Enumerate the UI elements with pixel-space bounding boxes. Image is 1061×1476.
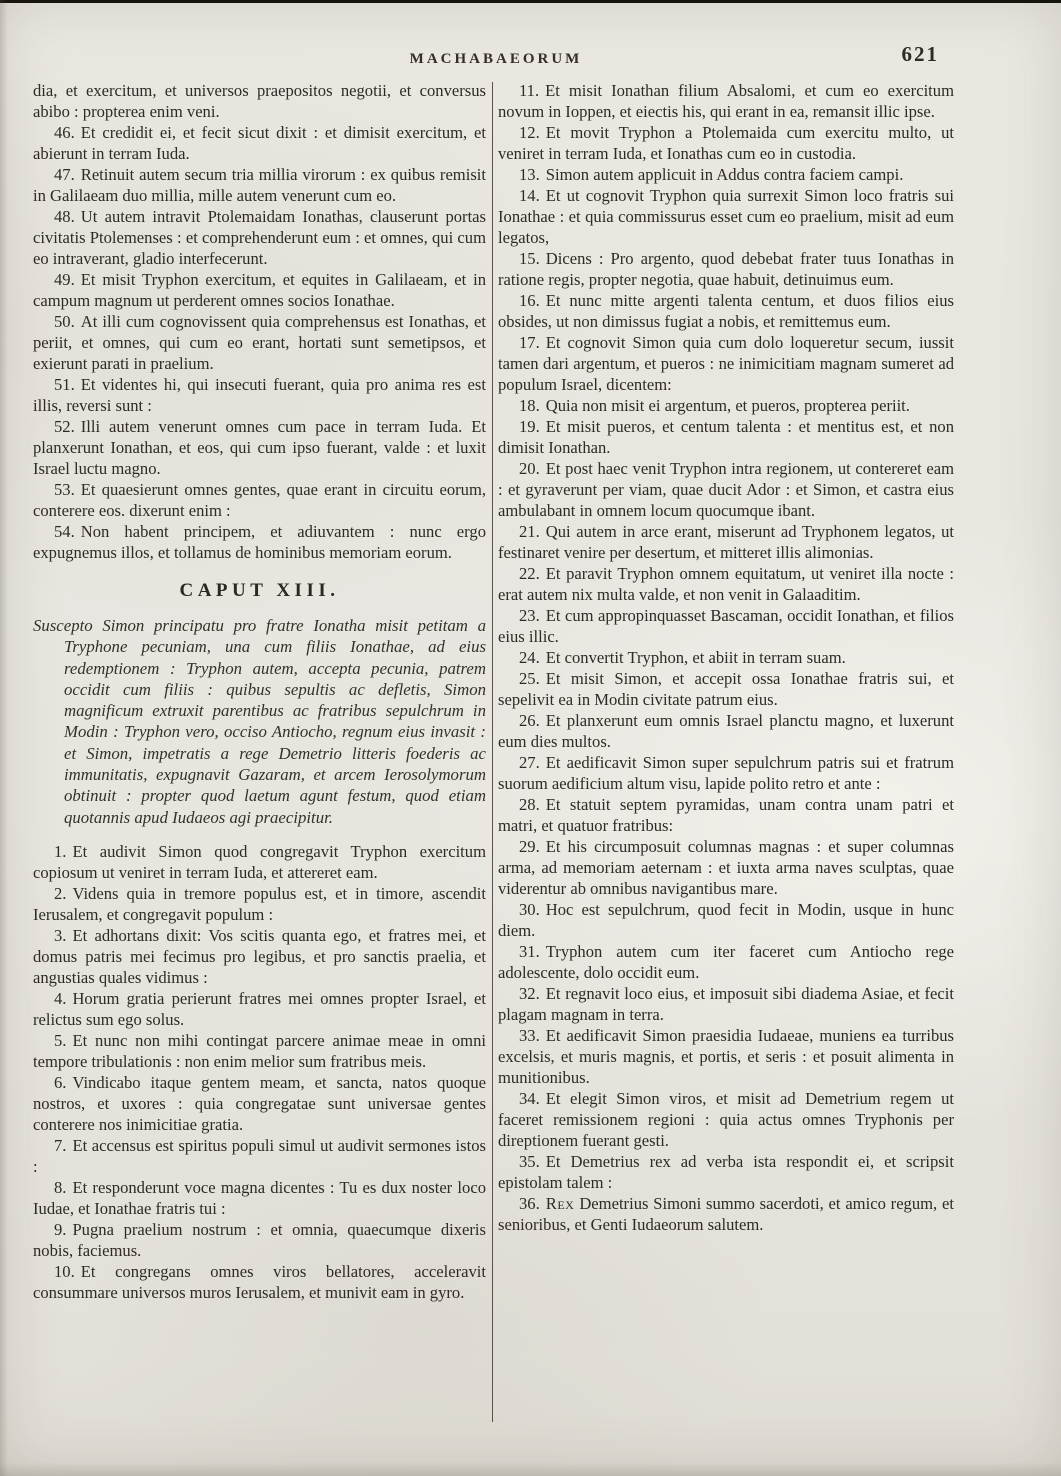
verse-paragraph: 29.Et his circumposuit columnas magnas :… — [498, 836, 954, 899]
verse-text: Videns quia in tremore populus est, et i… — [33, 884, 486, 924]
scan-top-edge — [0, 0, 1061, 3]
verse-text: Quia non misit ei argentum, et pueros, p… — [546, 396, 910, 415]
verse-text: Simon autem applicuit in Addus contra fa… — [546, 165, 904, 184]
verse-paragraph: 25.Et misit Simon, et accepit ossa Ionat… — [498, 668, 954, 710]
verse-number: 14. — [519, 186, 540, 205]
verse-number: 4. — [54, 989, 66, 1008]
verse-text: Retinuit autem secum tria millia virorum… — [33, 165, 486, 205]
verse-text: At illi cum cognovissent quia comprehens… — [33, 312, 486, 373]
column-divider-rule — [492, 82, 493, 1422]
verse-text: Vindicabo itaque gentem meam, et sancta,… — [33, 1073, 486, 1134]
verse-text: Et regnavit loco eius, et imposuit sibi … — [498, 984, 954, 1024]
verse-number: 36. — [519, 1194, 540, 1213]
verse-text: Et ut cognovit Tryphon quia surrexit Sim… — [498, 186, 954, 247]
verse-paragraph: 12.Et movit Tryphon a Ptolemaida cum exe… — [498, 122, 954, 164]
verse-number: 46. — [54, 123, 75, 142]
verse-paragraph: 34.Et elegit Simon viros, et misit ad De… — [498, 1088, 954, 1151]
verse-text: Et nunc non mihi contingat parcere anima… — [33, 1031, 486, 1071]
running-head-title: MACHABAEORUM — [33, 51, 959, 68]
verse-paragraph: 3.Et adhortans dixit: Vos scitis quanta … — [33, 925, 486, 988]
verse-number: 30. — [519, 900, 540, 919]
verse-paragraph: 17.Et cognovit Simon quia cum dolo loque… — [498, 332, 954, 395]
verse-paragraph: 20.Et post haec venit Tryphon intra regi… — [498, 458, 954, 521]
scan-left-shade — [0, 0, 8, 1476]
verse-text: Et misit pueros, et centum talenta : et … — [498, 417, 954, 457]
verse-text: Illi autem venerunt omnes cum pace in te… — [33, 417, 486, 478]
verse-number: 54. — [54, 522, 75, 541]
verse-paragraph: 49.Et misit Tryphon exercitum, et equite… — [33, 269, 486, 311]
verse-number: 53. — [54, 480, 75, 499]
verse-text: Et responderunt voce magna dicentes : Tu… — [33, 1178, 486, 1218]
verse-number: 12. — [519, 123, 540, 142]
verse-text: Dicens : Pro argento, quod debebat frate… — [498, 249, 954, 289]
verse-number: 10. — [54, 1262, 75, 1281]
verse-paragraph: 14.Et ut cognovit Tryphon quia surrexit … — [498, 185, 954, 248]
verse-text: Et misit Tryphon exercitum, et equites i… — [33, 270, 486, 310]
verse-text: Et congregans omnes viros bellatores, ac… — [33, 1262, 486, 1302]
verse-number: 3. — [54, 926, 66, 945]
verse-number: 32. — [519, 984, 540, 1003]
verse-number: 13. — [519, 165, 540, 184]
left-column: dia, et exercitum, et universos praeposi… — [33, 80, 486, 1303]
verse-paragraph: 19.Et misit pueros, et centum talenta : … — [498, 416, 954, 458]
verse-number: 9. — [54, 1220, 66, 1239]
verse-number: 34. — [519, 1089, 540, 1108]
verse-text: Et credidit ei, et fecit sicut dixit : e… — [33, 123, 486, 163]
verse-paragraph: 50.At illi cum cognovissent quia compreh… — [33, 311, 486, 374]
verse-paragraph: 46.Et credidit ei, et fecit sicut dixit … — [33, 122, 486, 164]
verse-number: 28. — [519, 795, 540, 814]
verse-number: 23. — [519, 606, 540, 625]
verse-number: 2. — [54, 884, 66, 903]
verse-text: Et quaesierunt omnes gentes, quae erant … — [33, 480, 486, 520]
verse-paragraph: 51.Et videntes hi, qui insecuti fuerant,… — [33, 374, 486, 416]
verse-text: Et audivit Simon quod congregavit Trypho… — [33, 842, 486, 882]
verse-paragraph: 21.Qui autem in arce erant, miserunt ad … — [498, 521, 954, 563]
verse-number: 6. — [54, 1073, 66, 1092]
verse-text: Et paravit Tryphon omnem equitatum, ut v… — [498, 564, 954, 604]
verse-paragraph: 10.Et congregans omnes viros bellatores,… — [33, 1261, 486, 1303]
verse-text: Et accensus est spiritus populi simul ut… — [33, 1136, 486, 1176]
verse-paragraph: 47.Retinuit autem secum tria millia viro… — [33, 164, 486, 206]
verse-text: Hoc est sepulchrum, quod fecit in Modin,… — [498, 900, 954, 940]
verse-paragraph: 15.Dicens : Pro argento, quod debebat fr… — [498, 248, 954, 290]
verse-paragraph: 16.Et nunc mitte argenti talenta centum,… — [498, 290, 954, 332]
chapter-heading: CAPUT XIII. — [33, 580, 486, 602]
verse-paragraph: 2.Videns quia in tremore populus est, et… — [33, 883, 486, 925]
verse-text: Et misit Simon, et accepit ossa Ionathae… — [498, 669, 954, 709]
verse-text: Et convertit Tryphon, et abiit in terram… — [546, 648, 846, 667]
verse-number: 7. — [54, 1136, 66, 1155]
text-columns: dia, et exercitum, et universos praeposi… — [33, 80, 959, 1422]
verse-number: 19. — [519, 417, 540, 436]
verse-number: 49. — [54, 270, 75, 289]
verse-number: 31. — [519, 942, 540, 961]
verse-number: 27. — [519, 753, 540, 772]
verse-text: Et aedificavit Simon praesidia Iudaeae, … — [498, 1026, 954, 1087]
verse-number: 24. — [519, 648, 540, 667]
verse-paragraph: 1.Et audivit Simon quod congregavit Tryp… — [33, 841, 486, 883]
verse-number: 11. — [519, 81, 539, 100]
verse-paragraph: 28.Et statuit septem pyramidas, unam con… — [498, 794, 954, 836]
verse-text: Qui autem in arce erant, miserunt ad Try… — [498, 522, 954, 562]
verse-paragraph: 13.Simon autem applicuit in Addus contra… — [498, 164, 954, 185]
verse-paragraph: 30.Hoc est sepulchrum, quod fecit in Mod… — [498, 899, 954, 941]
verse-paragraph: 5.Et nunc non mihi contingat parcere ani… — [33, 1030, 486, 1072]
verse-number: 21. — [519, 522, 540, 541]
verse-paragraph: 32.Et regnavit loco eius, et imposuit si… — [498, 983, 954, 1025]
verse-text: Et his circumposuit columnas magnas : et… — [498, 837, 954, 898]
verse-paragraph: 6.Vindicabo itaque gentem meam, et sanct… — [33, 1072, 486, 1135]
verse-number: 26. — [519, 711, 540, 730]
continuation-paragraph: dia, et exercitum, et universos praeposi… — [33, 80, 486, 122]
verse-number: 18. — [519, 396, 540, 415]
verse-number: 52. — [54, 417, 75, 436]
verse-text: Et adhortans dixit: Vos scitis quanta eg… — [33, 926, 486, 987]
verse-text: Et movit Tryphon a Ptolemaida cum exerci… — [498, 123, 954, 163]
verse-number: 15. — [519, 249, 540, 268]
verse-paragraph: 53.Et quaesierunt omnes gentes, quae era… — [33, 479, 486, 521]
scan-bottom-shade — [0, 1462, 1061, 1476]
verse-paragraph: 8.Et responderunt voce magna dicentes : … — [33, 1177, 486, 1219]
verse-number: 1. — [54, 842, 66, 861]
verse-paragraph: 31.Tryphon autem cum iter faceret cum An… — [498, 941, 954, 983]
verse-text: Et elegit Simon viros, et misit ad Demet… — [498, 1089, 954, 1150]
verse-paragraph: 9.Pugna praelium nostrum : et omnia, qua… — [33, 1219, 486, 1261]
verse-text: Pugna praelium nostrum : et omnia, quaec… — [33, 1220, 486, 1260]
verse-paragraph: 26.Et planxerunt eum omnis Israel planct… — [498, 710, 954, 752]
verse-number: 8. — [54, 1178, 66, 1197]
verses-11-36: 11.Et misit Ionathan filium Absalomi, et… — [498, 80, 954, 1235]
verse-paragraph: 7.Et accensus est spiritus populi simul … — [33, 1135, 486, 1177]
verse-number: 47. — [54, 165, 75, 184]
verse-paragraph: 27.Et aedificavit Simon super sepulchrum… — [498, 752, 954, 794]
running-head: MACHABAEORUM 621 — [33, 42, 959, 78]
verse-text: Non habent principem, et adiuvantem : nu… — [33, 522, 486, 562]
verse-number: 20. — [519, 459, 540, 478]
verse-paragraph: 33.Et aedificavit Simon praesidia Iudaea… — [498, 1025, 954, 1088]
verse-number: 25. — [519, 669, 540, 688]
verse-paragraph: 4.Horum gratia perierunt fratres mei omn… — [33, 988, 486, 1030]
verse-text: Et statuit septem pyramidas, unam contra… — [498, 795, 954, 835]
verse-paragraph: 24.Et convertit Tryphon, et abiit in ter… — [498, 647, 954, 668]
verse-paragraph: 23.Et cum appropinquasset Bascaman, occi… — [498, 605, 954, 647]
verse-paragraph: 18.Quia non misit ei argentum, et pueros… — [498, 395, 954, 416]
verse-paragraph: 48.Ut autem intravit Ptolemaidam Ionatha… — [33, 206, 486, 269]
verse-text: Tryphon autem cum iter faceret cum Antio… — [498, 942, 954, 982]
verse-number: 22. — [519, 564, 540, 583]
verse-text: Et Demetrius rex ad verba ista respondit… — [498, 1152, 954, 1192]
verse-number: 50. — [54, 312, 75, 331]
chapter-argument: Suscepto Simon principatu pro fratre Ion… — [33, 615, 486, 828]
verse-number: 16. — [519, 291, 540, 310]
book-page: MACHABAEORUM 621 dia, et exercitum, et u… — [0, 0, 1061, 1476]
verse-text: Et misit Ionathan filium Absalomi, et cu… — [498, 81, 954, 121]
verse-text: Et aedificavit Simon super sepulchrum pa… — [498, 753, 954, 793]
verse-paragraph: 36.RexDemetrius Simoni summo sacerdoti, … — [498, 1193, 954, 1235]
verse-text: Et cum appropinquasset Bascaman, occidit… — [498, 606, 954, 646]
verse-number: 48. — [54, 207, 75, 226]
verse-number: 5. — [54, 1031, 66, 1050]
verse-number: 35. — [519, 1152, 540, 1171]
right-column: 11.Et misit Ionathan filium Absalomi, et… — [498, 80, 954, 1235]
verses-46-54: 46.Et credidit ei, et fecit sicut dixit … — [33, 122, 486, 563]
verse-text: Et planxerunt eum omnis Israel planctu m… — [498, 711, 954, 751]
verse-paragraph: 22.Et paravit Tryphon omnem equitatum, u… — [498, 563, 954, 605]
verse-number: 17. — [519, 333, 540, 352]
verse-number: 29. — [519, 837, 540, 856]
verse-paragraph: 52.Illi autem venerunt omnes cum pace in… — [33, 416, 486, 479]
verse-paragraph: 35.Et Demetrius rex ad verba ista respon… — [498, 1151, 954, 1193]
verse-text: Et videntes hi, qui insecuti fuerant, qu… — [33, 375, 486, 415]
verse-paragraph: 11.Et misit Ionathan filium Absalomi, et… — [498, 80, 954, 122]
verse-text: Horum gratia perierunt fratres mei omnes… — [33, 989, 486, 1029]
verse-text: Et cognovit Simon quia cum dolo loqueret… — [498, 333, 954, 394]
verses-1-10: 1.Et audivit Simon quod congregavit Tryp… — [33, 841, 486, 1303]
verse-text: Et nunc mitte argenti talenta centum, et… — [498, 291, 954, 331]
verse-smallcaps-lead: Rex — [546, 1194, 575, 1213]
verse-text: Ut autem intravit Ptolemaidam Ionathas, … — [33, 207, 486, 268]
verse-paragraph: 54.Non habent principem, et adiuvantem :… — [33, 521, 486, 563]
verse-number: 33. — [519, 1026, 540, 1045]
verse-number: 51. — [54, 375, 75, 394]
verse-text: Et post haec venit Tryphon intra regione… — [498, 459, 954, 520]
page-number: 621 — [902, 42, 940, 67]
